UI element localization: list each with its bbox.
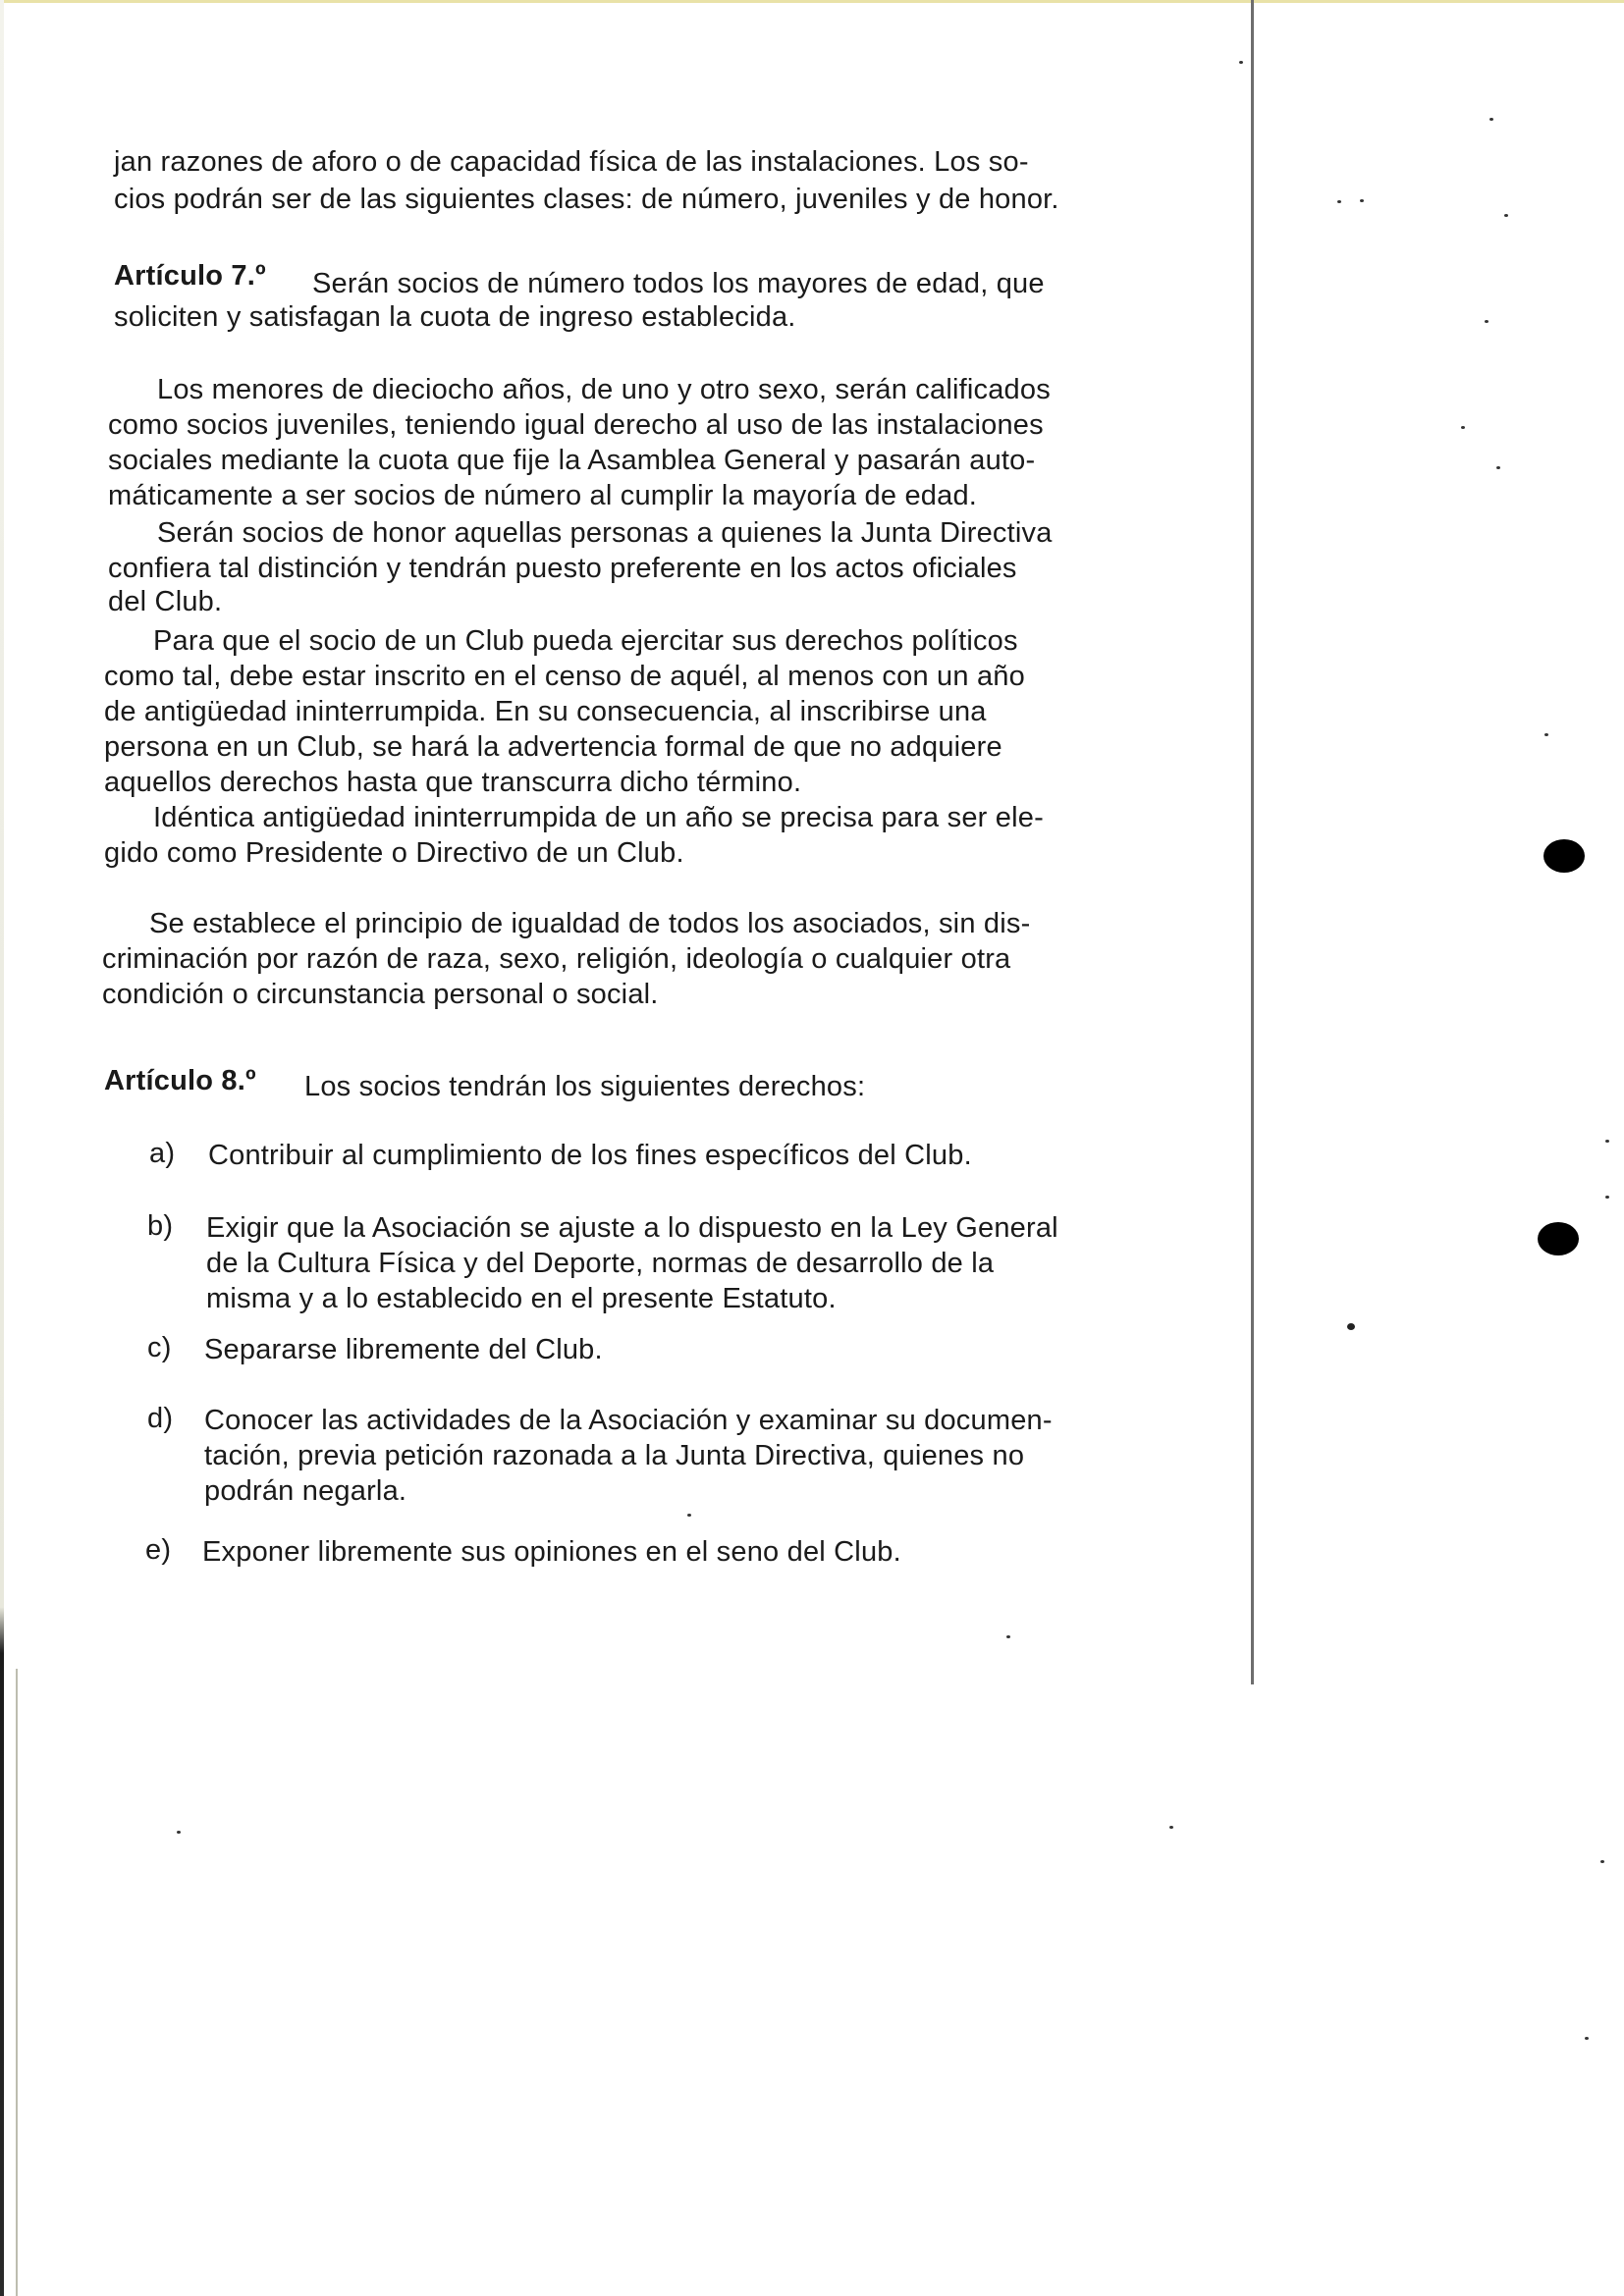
- juveniles-line-1: Los menores de dieciocho años, de uno y …: [157, 373, 1051, 406]
- derechos-politicos-line-5: aquellos derechos hasta que transcurra d…: [104, 766, 801, 799]
- punch-hole-bottom: [1538, 1222, 1579, 1255]
- page-left-shadow: [16, 1669, 18, 2296]
- honor-line-1: Serán socios de honor aquellas personas …: [157, 516, 1053, 550]
- scan-speck: [1600, 1860, 1604, 1863]
- igualdad-line-2: criminación por razón de raza, sexo, rel…: [102, 942, 1010, 976]
- antiguedad-line-1: Idéntica antigüedad ininterrumpida de un…: [153, 801, 1044, 834]
- column-divider-line: [1251, 0, 1254, 1684]
- right-b-marker: b): [147, 1209, 173, 1243]
- juveniles-line-2: como socios juveniles, teniendo igual de…: [108, 408, 1044, 442]
- scan-speck: [1337, 200, 1341, 203]
- scan-speck: [1239, 61, 1243, 64]
- article-8-heading: Artículo 8.º: [104, 1064, 256, 1097]
- right-a-line-1: Contribuir al cumplimiento de los fines …: [208, 1139, 972, 1172]
- article-7-line-1: Serán socios de número todos los mayores…: [312, 267, 1045, 300]
- scan-speck: [1605, 1196, 1609, 1199]
- scan-speck: [1544, 733, 1548, 736]
- scan-speck: [1360, 199, 1364, 202]
- intro-line-1: jan razones de aforo o de capacidad físi…: [114, 145, 1184, 179]
- right-e-marker: e): [145, 1533, 171, 1567]
- honor-line-3: del Club.: [108, 585, 222, 618]
- intro-line-2: cios podrán ser de las siguientes clases…: [114, 183, 1059, 216]
- scan-speck: [687, 1514, 691, 1517]
- juveniles-line-4: máticamente a ser socios de número al cu…: [108, 479, 977, 512]
- punch-hole-top: [1543, 839, 1585, 873]
- page-left-edge: [0, 0, 4, 2296]
- right-d-marker: d): [147, 1402, 173, 1435]
- scan-speck: [1006, 1635, 1010, 1638]
- derechos-politicos-line-4: persona en un Club, se hará la advertenc…: [104, 730, 1002, 764]
- article-7-line-2: soliciten y satisfagan la cuota de ingre…: [114, 300, 796, 334]
- scan-speck: [1485, 320, 1489, 323]
- right-c-line-1: Separarse libremente del Club.: [204, 1333, 603, 1366]
- right-b-line-3: misma y a lo establecido en el presente …: [206, 1282, 837, 1315]
- right-e-line-1: Exponer libremente sus opiniones en el s…: [202, 1535, 901, 1569]
- right-b-line-2: de la Cultura Física y del Deporte, norm…: [206, 1247, 994, 1280]
- scan-speck: [1169, 1826, 1173, 1829]
- scan-speck: [1504, 214, 1508, 217]
- right-c-marker: c): [147, 1331, 172, 1364]
- scan-speck: [1489, 118, 1493, 121]
- right-b-line-1: Exigir que la Asociación se ajuste a lo …: [206, 1211, 1058, 1245]
- igualdad-line-1: Se establece el principio de igualdad de…: [149, 907, 1030, 940]
- derechos-politicos-line-2: como tal, debe estar inscrito en el cens…: [104, 660, 1025, 693]
- derechos-politicos-line-1: Para que el socio de un Club pueda ejerc…: [153, 624, 1018, 658]
- scan-speck: [1496, 466, 1500, 469]
- scan-speck: [1605, 1140, 1609, 1143]
- scan-speck: [1461, 426, 1465, 429]
- scan-speck: [177, 1831, 181, 1834]
- igualdad-line-3: condición o circunstancia personal o soc…: [102, 978, 659, 1011]
- scan-speck: [1585, 2037, 1589, 2040]
- honor-line-2: confiera tal distinción y tendrán puesto…: [108, 552, 1017, 585]
- juveniles-line-3: sociales mediante la cuota que fije la A…: [108, 444, 1035, 477]
- article-8-intro: Los socios tendrán los siguientes derech…: [304, 1070, 865, 1103]
- page-top-edge: [0, 0, 1624, 3]
- scanned-page: jan razones de aforo o de capacidad físi…: [0, 0, 1624, 2296]
- derechos-politicos-line-3: de antigüedad ininterrumpida. En su cons…: [104, 695, 987, 728]
- scan-speck: [1347, 1323, 1355, 1330]
- right-d-line-3: podrán negarla.: [204, 1474, 406, 1508]
- right-d-line-2: tación, previa petición razonada a la Ju…: [204, 1439, 1024, 1472]
- antiguedad-line-2: gido como Presidente o Directivo de un C…: [104, 836, 684, 870]
- right-d-line-1: Conocer las actividades de la Asociación…: [204, 1404, 1053, 1437]
- right-a-marker: a): [149, 1137, 175, 1170]
- article-7-heading: Artículo 7.º: [114, 259, 266, 293]
